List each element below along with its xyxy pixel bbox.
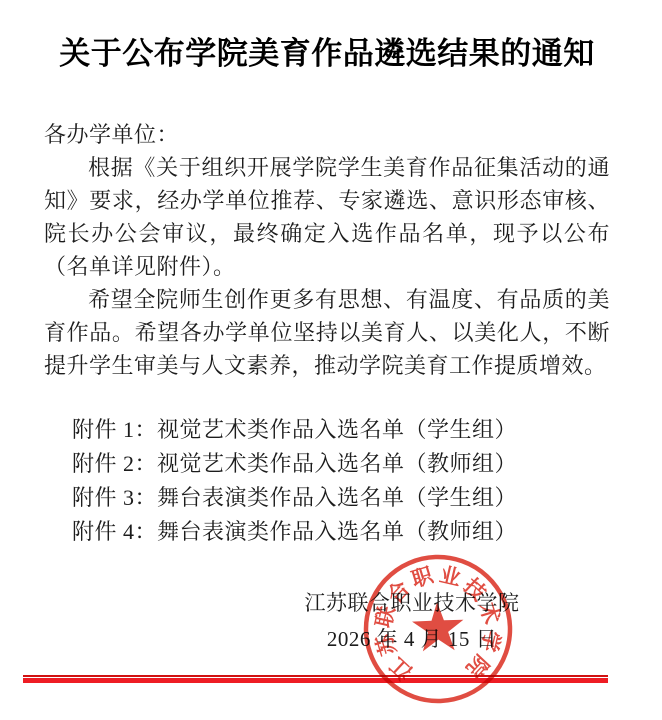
attachment-item: 附件 4：舞台表演类作品入选名单（教师组） bbox=[72, 515, 610, 549]
signature-organization: 江苏联合职业技术学院 bbox=[292, 585, 532, 621]
footer-rule bbox=[23, 675, 608, 683]
notice-document-page: 关于公布学院美育作品遴选结果的通知 各办学单位： 根据《关于组织开展学院学生美育… bbox=[0, 0, 662, 720]
signature-date: 2026 年 4 月 15 日 bbox=[292, 621, 532, 657]
attachment-item: 附件 2：视觉艺术类作品入选名单（教师组） bbox=[72, 447, 610, 481]
body-paragraph: 希望全院师生创作更多有思想、有温度、有品质的美育作品。希望各办学单位坚持以美育人… bbox=[44, 283, 610, 382]
attachment-item: 附件 1：视觉艺术类作品入选名单（学生组） bbox=[72, 413, 610, 447]
document-title: 关于公布学院美育作品遴选结果的通知 bbox=[44, 34, 610, 74]
attachment-list: 附件 1：视觉艺术类作品入选名单（学生组） 附件 2：视觉艺术类作品入选名单（教… bbox=[72, 413, 610, 549]
salutation: 各办学单位： bbox=[44, 118, 610, 151]
attachment-item: 附件 3：舞台表演类作品入选名单（学生组） bbox=[72, 481, 610, 515]
document-body: 关于公布学院美育作品遴选结果的通知 各办学单位： 根据《关于组织开展学院学生美育… bbox=[0, 0, 662, 657]
footer-rule-thick bbox=[23, 678, 608, 683]
signature-block: 江苏联合职业技术学院 2026 年 4 月 15 日 bbox=[292, 585, 532, 657]
body-paragraph: 根据《关于组织开展学院学生美育作品征集活动的通知》要求，经办学单位推荐、专家遴选… bbox=[44, 151, 610, 283]
